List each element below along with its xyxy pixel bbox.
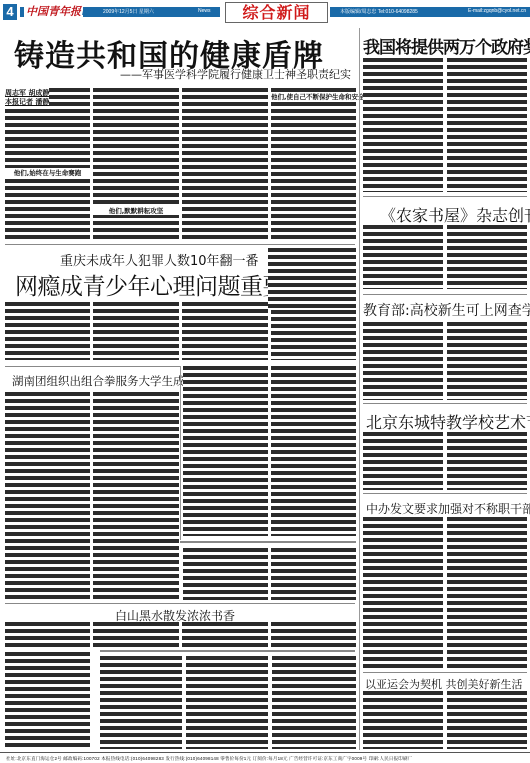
divider: [363, 196, 527, 197]
divider: [5, 603, 355, 604]
wm-top-column-2: [93, 622, 179, 648]
wm-top-column-1: [5, 622, 90, 648]
divider: [5, 244, 355, 245]
lead-column-2: [93, 88, 179, 240]
column-divider: [180, 366, 181, 540]
divider: [100, 650, 355, 652]
youth-crime-kicker: 重庆未成年人犯罪人数10年翻一番: [60, 250, 259, 269]
magazine-column-1: [363, 225, 443, 289]
wm-top-column-4: [271, 622, 356, 648]
issue-date: 2009年12月5日 星期六: [103, 8, 154, 15]
youth-crime-sidebar-column: [268, 248, 356, 310]
lead-column-4: [271, 88, 356, 240]
divider: [363, 493, 527, 494]
scholarship-column-1: [363, 58, 443, 192]
editor-info: 本版编辑/周志忠 Tel:010-64098285: [340, 8, 418, 15]
lead-column-1: [5, 88, 90, 240]
lead-column-3: [182, 88, 268, 240]
news-label: News: [198, 8, 211, 14]
lead-byline-2: 本报记者 潘静: [5, 97, 49, 107]
hunan-column-1: [5, 392, 90, 602]
hunan-column-2: [93, 392, 179, 602]
asian-games-column-2: [447, 691, 527, 749]
footer: 社址:北京东直门海运仓2号 邮政编码:100702 本报热线电话:(010)64…: [0, 752, 530, 763]
email-address: E-mail:zgqnb@cyol.net.cn: [468, 8, 526, 14]
lead-subhead-1: 他们,始终在与生命赛跑: [5, 168, 90, 177]
youth-crime-column-1: [5, 302, 90, 360]
scholarship-column-2: [447, 58, 527, 192]
column-divider: [359, 28, 360, 750]
youth-crime-column-2: [93, 302, 179, 360]
hunan-headline: 湖南团组织出组合拳服务大学生成才: [12, 373, 196, 389]
lead-subhead-2: 他们,默默耕耘攻坚: [93, 206, 179, 215]
center-column-2: [271, 548, 356, 600]
beijing-school-headline: 北京东城特教学校艺术节举行: [366, 410, 530, 433]
center-column-1: [183, 548, 268, 600]
lead-continued-column-2: [271, 366, 356, 536]
education-column-1: [363, 322, 443, 400]
asian-games-headline: 以亚运会为契机 共创美好新生活: [365, 676, 523, 692]
lead-subheadline: ——军事医学科学院履行健康卫士神圣职责纪实: [120, 66, 351, 82]
youth-crime-column-3: [182, 302, 268, 360]
paper-logo: 中国青年报: [24, 3, 83, 19]
page-number: 4: [3, 4, 17, 20]
cadre-column-1: [363, 517, 443, 669]
wm-column-3: [186, 656, 268, 749]
asian-games-column-1: [363, 691, 443, 749]
slash-decoration: /////: [82, 7, 90, 17]
youth-crime-column-4: [271, 310, 356, 360]
beijing-column-2: [447, 432, 527, 490]
divider: [363, 672, 527, 673]
lead-subhead-3: 他们,使自己不断保护生命和安全: [271, 92, 356, 101]
divider: [5, 366, 180, 367]
divider: [363, 294, 527, 295]
beijing-column-1: [363, 432, 443, 490]
cadre-headline: 中办发文要求加强对不称职干部调整: [366, 500, 530, 517]
scholarship-headline: 我国将提供两万个政府奖学金名额: [363, 33, 530, 58]
wm-top-column-3: [182, 622, 268, 648]
divider: [363, 403, 527, 404]
lead-continued-column-1: [183, 366, 268, 536]
education-headline: 教育部:高校新生可上网查学籍: [363, 300, 530, 320]
wm-column-4: [272, 656, 356, 749]
divider: [180, 541, 356, 543]
education-column-2: [447, 322, 527, 400]
wm-column-1: [5, 652, 90, 749]
masthead: 4 中国青年报 ///// 2009年12月5日 星期六 News 综合新闻 本…: [0, 0, 530, 26]
section-title: 综合新闻: [225, 2, 328, 23]
cadre-column-2: [447, 517, 527, 669]
wm-column-2: [100, 656, 182, 749]
magazine-column-2: [447, 225, 527, 289]
magazine-headline: 《农家书屋》杂志创刊: [380, 203, 530, 226]
